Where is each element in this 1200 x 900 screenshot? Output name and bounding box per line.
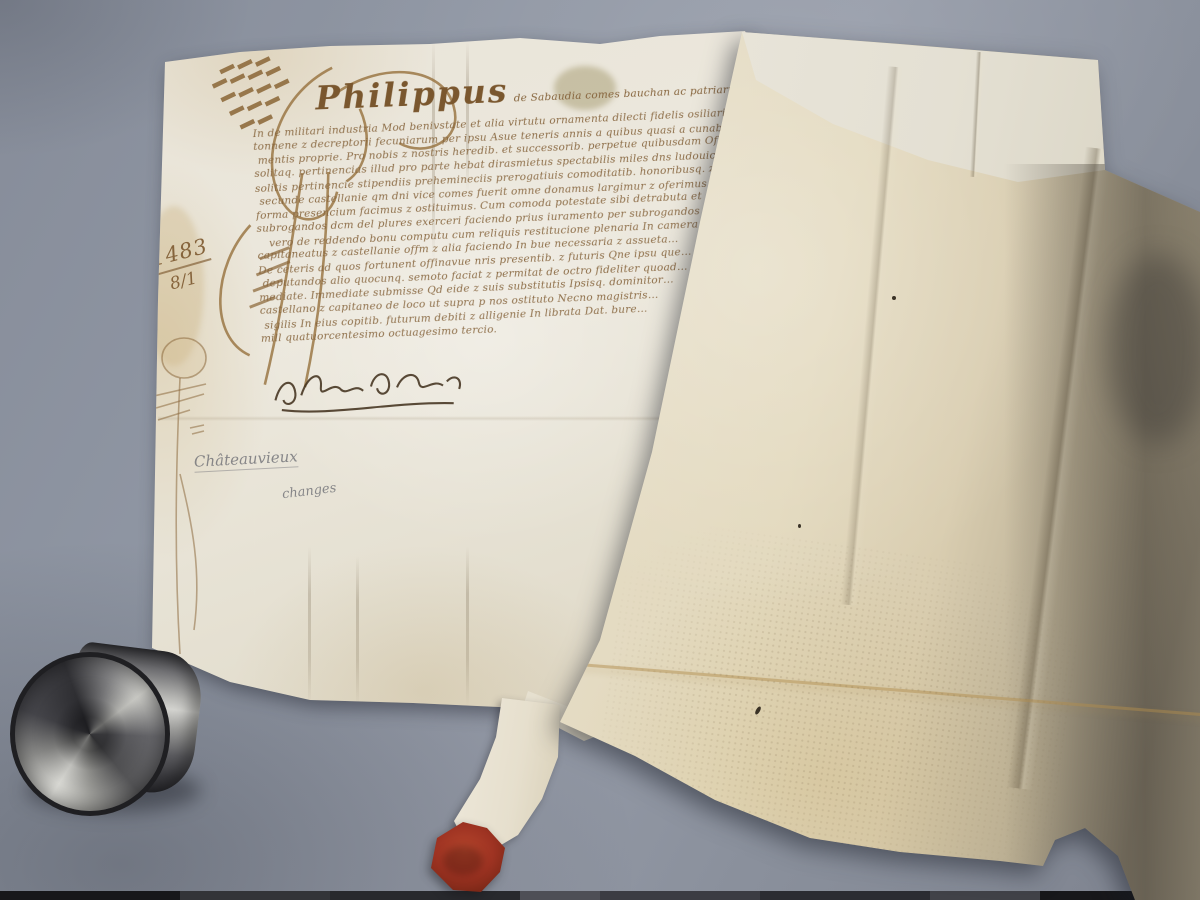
follicle-texture — [585, 514, 1086, 900]
ink-speck — [798, 524, 801, 528]
metal-cylinder — [8, 640, 213, 820]
cylinder-brushed-face — [10, 652, 170, 816]
fold-crease — [841, 66, 906, 606]
edge-highlight — [464, 224, 564, 738]
folded-parchment — [548, 24, 1200, 900]
parchment-shadow-blob — [1108, 254, 1200, 444]
ink-speck — [892, 296, 896, 300]
photo-scene: Philippus de Sabaudia comes bauchan ac p… — [0, 0, 1200, 900]
